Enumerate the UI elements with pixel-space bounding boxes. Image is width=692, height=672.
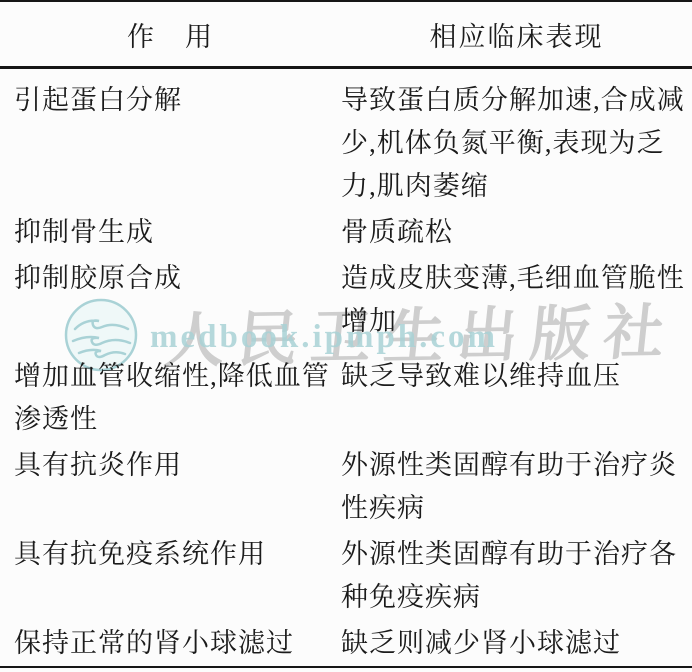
- table-row: 具有抗免疫系统作用 外源性类固醇有助于治疗各 种免疫疾病: [0, 533, 692, 619]
- column-header-manifestation: 相应临床表现: [341, 15, 692, 54]
- manifestation-cell: 导致蛋白质分解加速,合成减 少,机体负氮平衡,表现为乏 力,肌肉萎缩: [341, 79, 692, 208]
- table-row: 具有抗炎作用 外源性类固醇有助于治疗炎 性疾病: [0, 444, 692, 530]
- action-cell: 保持正常的肾小球滤过: [0, 622, 341, 665]
- table-row: 引起蛋白分解 导致蛋白质分解加速,合成减 少,机体负氮平衡,表现为乏 力,肌肉萎…: [0, 79, 692, 208]
- table-row: 抑制胶原合成 造成皮肤变薄,毛细血管脆性 增加: [0, 257, 692, 343]
- manifestation-cell: 外源性类固醇有助于治疗炎 性疾病: [341, 444, 692, 530]
- table-row: 抑制骨生成 骨质疏松: [0, 211, 692, 254]
- action-cell: 具有抗免疫系统作用: [0, 533, 341, 619]
- manifestation-cell: 缺乏导致难以维持血压: [341, 355, 692, 441]
- column-header-action: 作 用: [0, 15, 341, 54]
- table-bottom-rule: [0, 666, 692, 668]
- table-row: 增加血管收缩性,降低血管 渗透性 缺乏导致难以维持血压: [0, 355, 692, 441]
- table-body: 引起蛋白分解 导致蛋白质分解加速,合成减 少,机体负氮平衡,表现为乏 力,肌肉萎…: [0, 69, 692, 665]
- action-cell: 具有抗炎作用: [0, 444, 341, 530]
- action-cell: 抑制胶原合成: [0, 257, 341, 343]
- manifestation-cell: 外源性类固醇有助于治疗各 种免疫疾病: [341, 533, 692, 619]
- table-header-row: 作 用 相应临床表现: [0, 2, 692, 66]
- manifestation-cell: 骨质疏松: [341, 211, 692, 254]
- manifestation-cell: 造成皮肤变薄,毛细血管脆性 增加: [341, 257, 692, 343]
- action-cell: 抑制骨生成: [0, 211, 341, 254]
- table-row: 保持正常的肾小球滤过 缺乏则减少肾小球滤过: [0, 622, 692, 665]
- action-cell: 引起蛋白分解: [0, 79, 341, 208]
- manifestation-cell: 缺乏则减少肾小球滤过: [341, 622, 692, 665]
- action-cell: 增加血管收缩性,降低血管 渗透性: [0, 355, 341, 441]
- scanned-table-page: 作 用 相应临床表现 人民卫生出版社 medbook.ipmph.com 引起蛋…: [0, 0, 692, 672]
